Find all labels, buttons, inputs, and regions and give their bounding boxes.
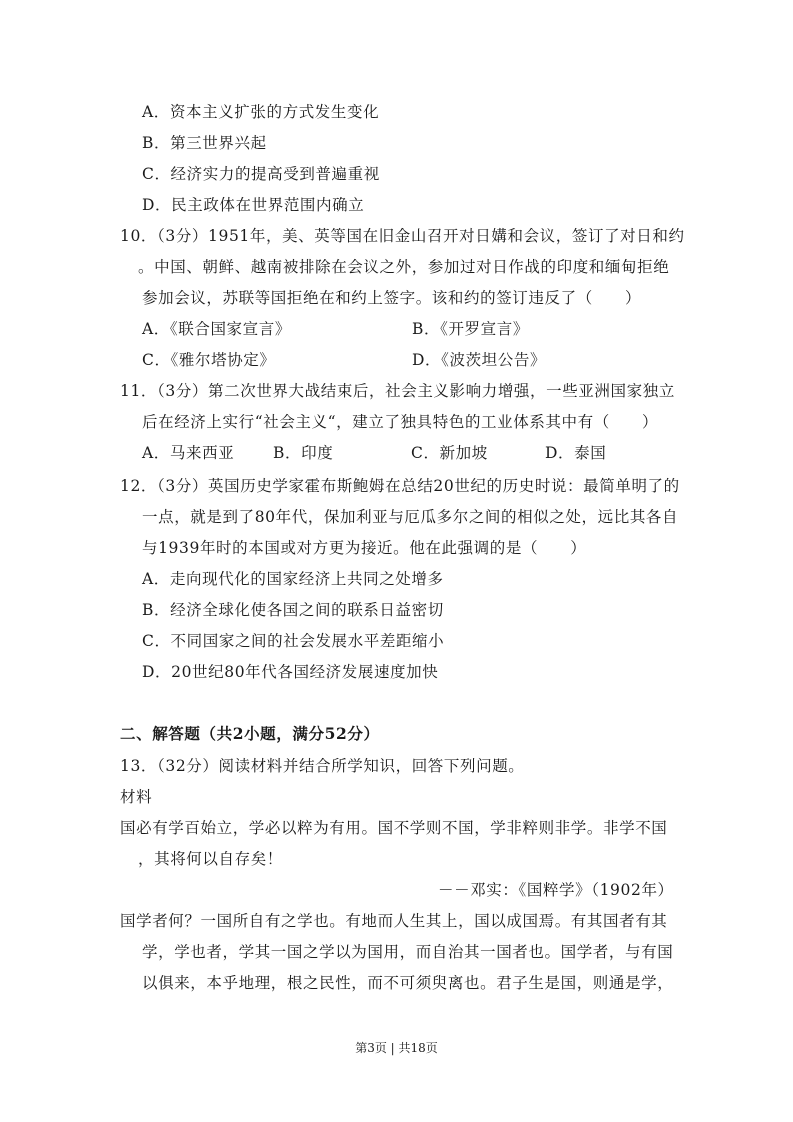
q11-option-a: A．马来西亚 (142, 443, 234, 463)
material-para-1-line-2: ，其将何以自存矣！ (138, 849, 283, 869)
q10-option-b: B．《开罗宣言》 (412, 319, 529, 339)
q12-stem-line-1: 12．（3分）英国历史学家霍布斯鲍姆在总结20世纪的历史时说：最简单明了的 (120, 476, 680, 496)
page-footer: 第3页 | 共18页 (0, 1040, 793, 1056)
q11-option-d: D．泰国 (545, 443, 606, 463)
material-citation: －－邓实：《国粹学》（1902年） (438, 880, 674, 900)
q11-option-b: B．印度 (273, 443, 333, 463)
q12-option-a: A．走向现代化的国家经济上共同之处增多 (142, 569, 444, 589)
q12-stem-line-2: 一点，就是到了80年代，保加利亚与厄瓜多尔之间的相似之处，远比其各自 (142, 507, 678, 527)
material-para-1-line-1: 国必有学百始立，学必以粹为有用。国不学则不国，学非粹则非学。非学不国 (120, 818, 667, 838)
q10-option-c: C．《雅尔塔协定》 (142, 350, 276, 370)
q12-option-d: D．20世纪80年代各国经济发展速度加快 (142, 662, 438, 682)
material-para-2-line-1: 国学者何？一国所自有之学也。有地而人生其上，国以成国焉。有其国者有其 (120, 911, 667, 931)
material-para-2-line-2: 学，学也者，学其一国之学以为国用，而自治其一国者也。国学者，与有国 (142, 942, 673, 962)
material-label: 材料 (120, 787, 152, 807)
q10-stem-line-3: 参加会议，苏联等国拒绝在和约上签字。该和约的签订违反了（ ） (142, 288, 641, 308)
q11-stem-line-1: 11．（3分）第二次世界大战结束后，社会主义影响力增强，一些亚洲国家独立 (120, 381, 675, 401)
section-heading: 二、解答题（共2小题，满分52分） (120, 724, 380, 744)
q9-option-c: C．经济实力的提高受到普遍重视 (142, 164, 380, 184)
q10-option-a: A．《联合国家宣言》 (142, 319, 291, 339)
q12-option-c: C．不同国家之间的社会发展水平差距缩小 (142, 631, 444, 651)
q13-stem: 13．（32分）阅读材料并结合所学知识，回答下列问题。 (120, 756, 524, 776)
q9-option-a: A．资本主义扩张的方式发生变化 (142, 102, 379, 122)
q10-option-d: D．《波茨坦公告》 (412, 350, 546, 370)
q9-option-d: D．民主政体在世界范围内确立 (142, 195, 364, 215)
q12-stem-line-3: 与1939年时的本国或对方更为接近。他在此强调的是（ ） (142, 538, 586, 558)
q10-stem-line-1: 10．（3分）1951年，美、英等国在旧金山召开对日媾和会议，签订了对日和约 (120, 226, 685, 246)
q12-option-b: B．经济全球化使各国之间的联系日益密切 (142, 600, 444, 620)
material-para-2-line-3: 以俱来，本乎地理，根之民性，而不可须臾离也。君子生是国，则通是学， (142, 973, 673, 993)
q10-stem-line-2: 。中国、朝鲜、越南被排除在会议之外，参加过对日作战的印度和缅甸拒绝 (138, 257, 669, 277)
q11-option-c: C．新加坡 (411, 443, 488, 463)
q11-stem-line-2: 后在经济上实行“社会主义“，建立了独具特色的工业体系其中有（ ） (142, 412, 658, 432)
q9-option-b: B．第三世界兴起 (142, 133, 267, 153)
